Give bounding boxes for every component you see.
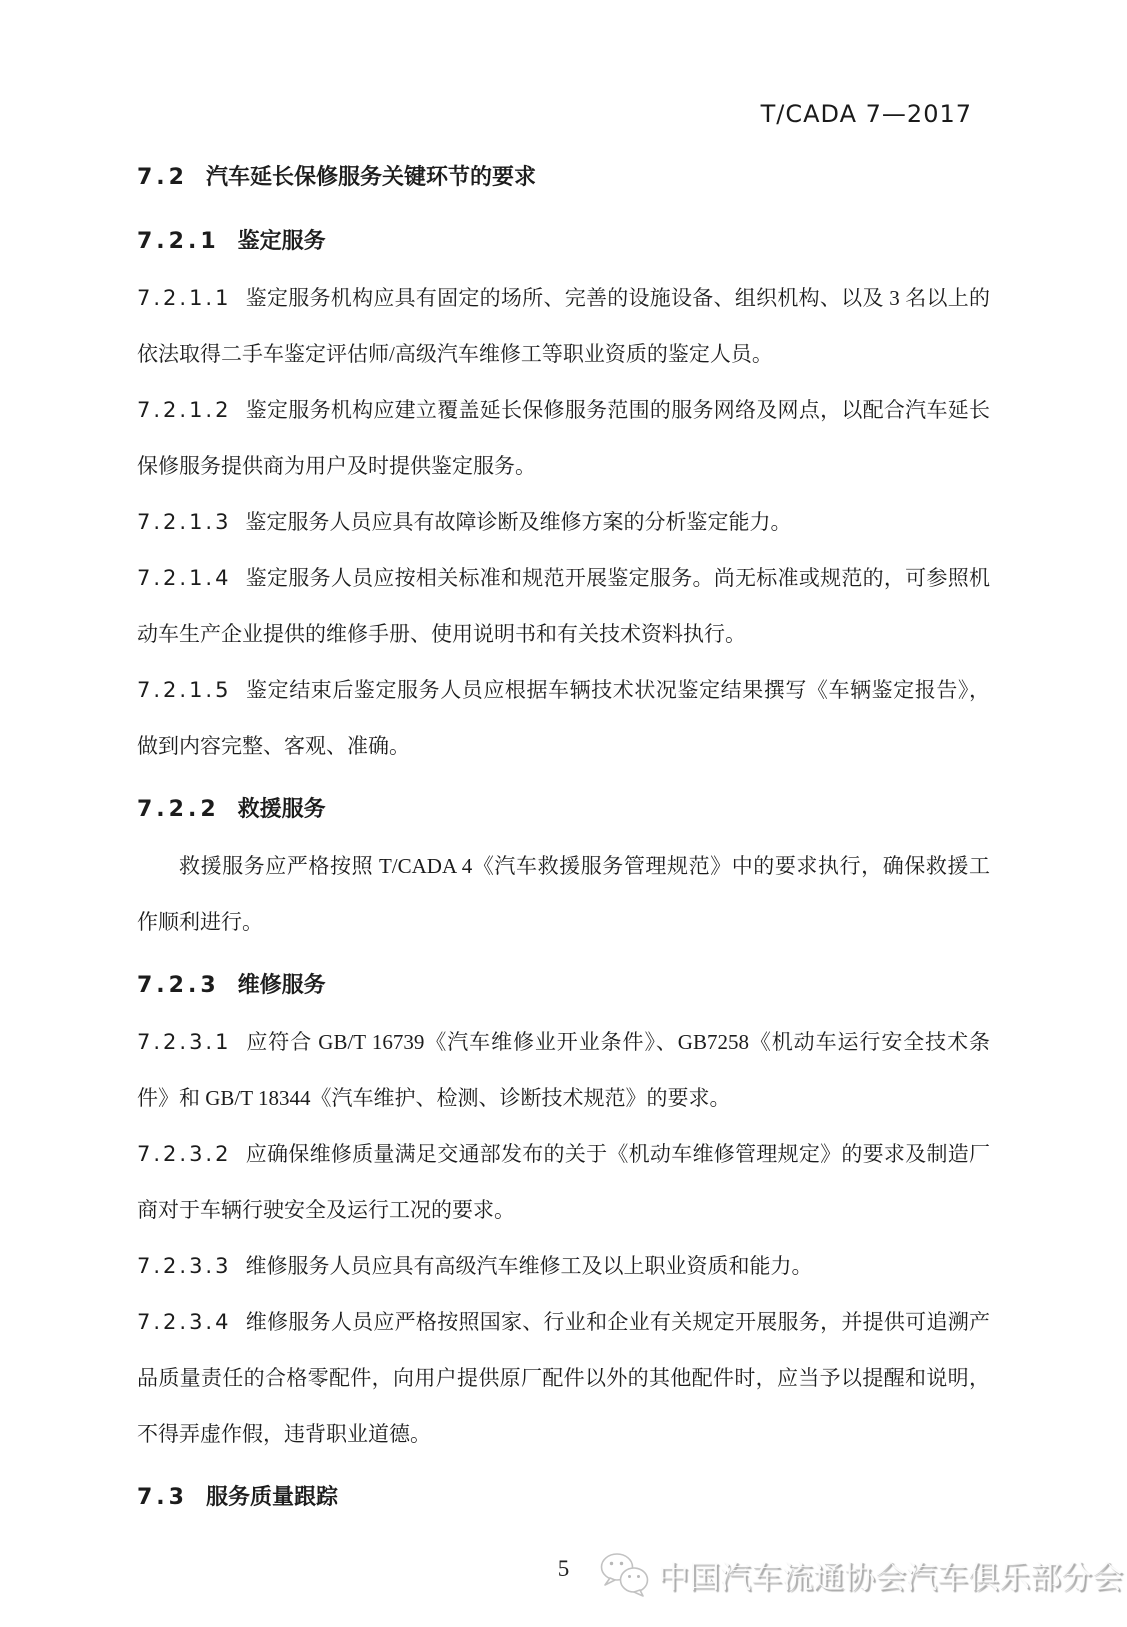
heading-number: 7.2.1: [137, 229, 220, 254]
clause-text: 鉴定结束后鉴定服务人员应根据车辆技术状况鉴定结果撰写《车辆鉴定报告》，做到内容完…: [137, 678, 990, 758]
clause-number: 7.2.1.4: [137, 566, 231, 590]
clause-number: 7.2.1.3: [137, 510, 231, 534]
clause-text: 鉴定服务人员应按相关标准和规范开展鉴定服务。尚无标准或规范的，可参照机动车生产企…: [137, 566, 990, 646]
heading-title: 汽车延长保修服务关键环节的要求: [206, 165, 536, 190]
heading-number: 7.2.3: [137, 973, 220, 998]
heading-7-3: 7.3服务质量跟踪: [137, 1470, 990, 1526]
heading-title: 救援服务: [238, 797, 326, 822]
clause-7-2-3-2: 7.2.3.2应确保维修质量满足交通部发布的关于《机动车维修管理规定》的要求及制…: [137, 1126, 990, 1238]
document-body: 7.2汽车延长保修服务关键环节的要求 7.2.1鉴定服务 7.2.1.1鉴定服务…: [137, 150, 990, 1526]
clause-number: 7.2.3.1: [137, 1030, 231, 1054]
heading-7-2-1: 7.2.1鉴定服务: [137, 214, 990, 270]
clause-7-2-3-4: 7.2.3.4维修服务人员应严格按照国家、行业和企业有关规定开展服务，并提供可追…: [137, 1294, 990, 1462]
footer-watermark: 中国汽车流通协会汽车俱乐部分会: [596, 1549, 1123, 1599]
paragraph-text: 救援服务应严格按照 T/CADA 4《汽车救援服务管理规范》中的要求执行，确保救…: [137, 854, 990, 934]
heading-number: 7.3: [137, 1485, 188, 1510]
clause-7-2-1-4: 7.2.1.4鉴定服务人员应按相关标准和规范开展鉴定服务。尚无标准或规范的，可参…: [137, 550, 990, 662]
clause-7-2-3-1: 7.2.3.1应符合 GB/T 16739《汽车维修业开业条件》、GB7258《…: [137, 1014, 990, 1126]
heading-title: 服务质量跟踪: [206, 1485, 338, 1510]
standard-code: T/CADA 7—2017: [761, 100, 972, 128]
clause-text: 鉴定服务机构应建立覆盖延长保修服务范围的服务网络及网点，以配合汽车延长保修服务提…: [137, 398, 990, 478]
clause-number: 7.2.1.1: [137, 286, 231, 310]
clause-text: 维修服务人员应严格按照国家、行业和企业有关规定开展服务，并提供可追溯产品质量责任…: [137, 1310, 990, 1446]
paragraph-rescue-service: 救援服务应严格按照 T/CADA 4《汽车救援服务管理规范》中的要求执行，确保救…: [137, 838, 990, 950]
clause-text: 鉴定服务人员应具有故障诊断及维修方案的分析鉴定能力。: [245, 510, 791, 534]
clause-7-2-1-2: 7.2.1.2鉴定服务机构应建立覆盖延长保修服务范围的服务网络及网点，以配合汽车…: [137, 382, 990, 494]
clause-number: 7.2.1.2: [137, 398, 231, 422]
heading-number: 7.2: [137, 165, 188, 190]
heading-7-2-3: 7.2.3维修服务: [137, 958, 990, 1014]
heading-title: 鉴定服务: [238, 229, 326, 254]
clause-number: 7.2.3.3: [137, 1254, 231, 1278]
heading-7-2-2: 7.2.2救援服务: [137, 782, 990, 838]
clause-number: 7.2.3.4: [137, 1310, 231, 1334]
clause-text: 维修服务人员应具有高级汽车维修工及以上职业资质和能力。: [245, 1254, 812, 1278]
clause-7-2-1-3: 7.2.1.3鉴定服务人员应具有故障诊断及维修方案的分析鉴定能力。: [137, 494, 990, 550]
clause-text: 应确保维修质量满足交通部发布的关于《机动车维修管理规定》的要求及制造厂商对于车辆…: [137, 1142, 990, 1222]
clause-number: 7.2.1.5: [137, 678, 231, 702]
clause-text: 鉴定服务机构应具有固定的场所、完善的设施设备、组织机构、以及 3 名以上的依法取…: [137, 286, 990, 366]
watermark-text: 中国汽车流通协会汽车俱乐部分会: [658, 1552, 1123, 1597]
document-page: T/CADA 7—2017 7.2汽车延长保修服务关键环节的要求 7.2.1鉴定…: [0, 0, 1127, 1627]
wechat-icon: [596, 1549, 652, 1599]
clause-7-2-1-1: 7.2.1.1鉴定服务机构应具有固定的场所、完善的设施设备、组织机构、以及 3 …: [137, 270, 990, 382]
heading-number: 7.2.2: [137, 797, 220, 822]
clause-7-2-3-3: 7.2.3.3维修服务人员应具有高级汽车维修工及以上职业资质和能力。: [137, 1238, 990, 1294]
clause-7-2-1-5: 7.2.1.5鉴定结束后鉴定服务人员应根据车辆技术状况鉴定结果撰写《车辆鉴定报告…: [137, 662, 990, 774]
clause-number: 7.2.3.2: [137, 1142, 231, 1166]
heading-7-2: 7.2汽车延长保修服务关键环节的要求: [137, 150, 990, 206]
heading-title: 维修服务: [238, 973, 326, 998]
clause-text: 应符合 GB/T 16739《汽车维修业开业条件》、GB7258《机动车运行安全…: [137, 1030, 990, 1110]
